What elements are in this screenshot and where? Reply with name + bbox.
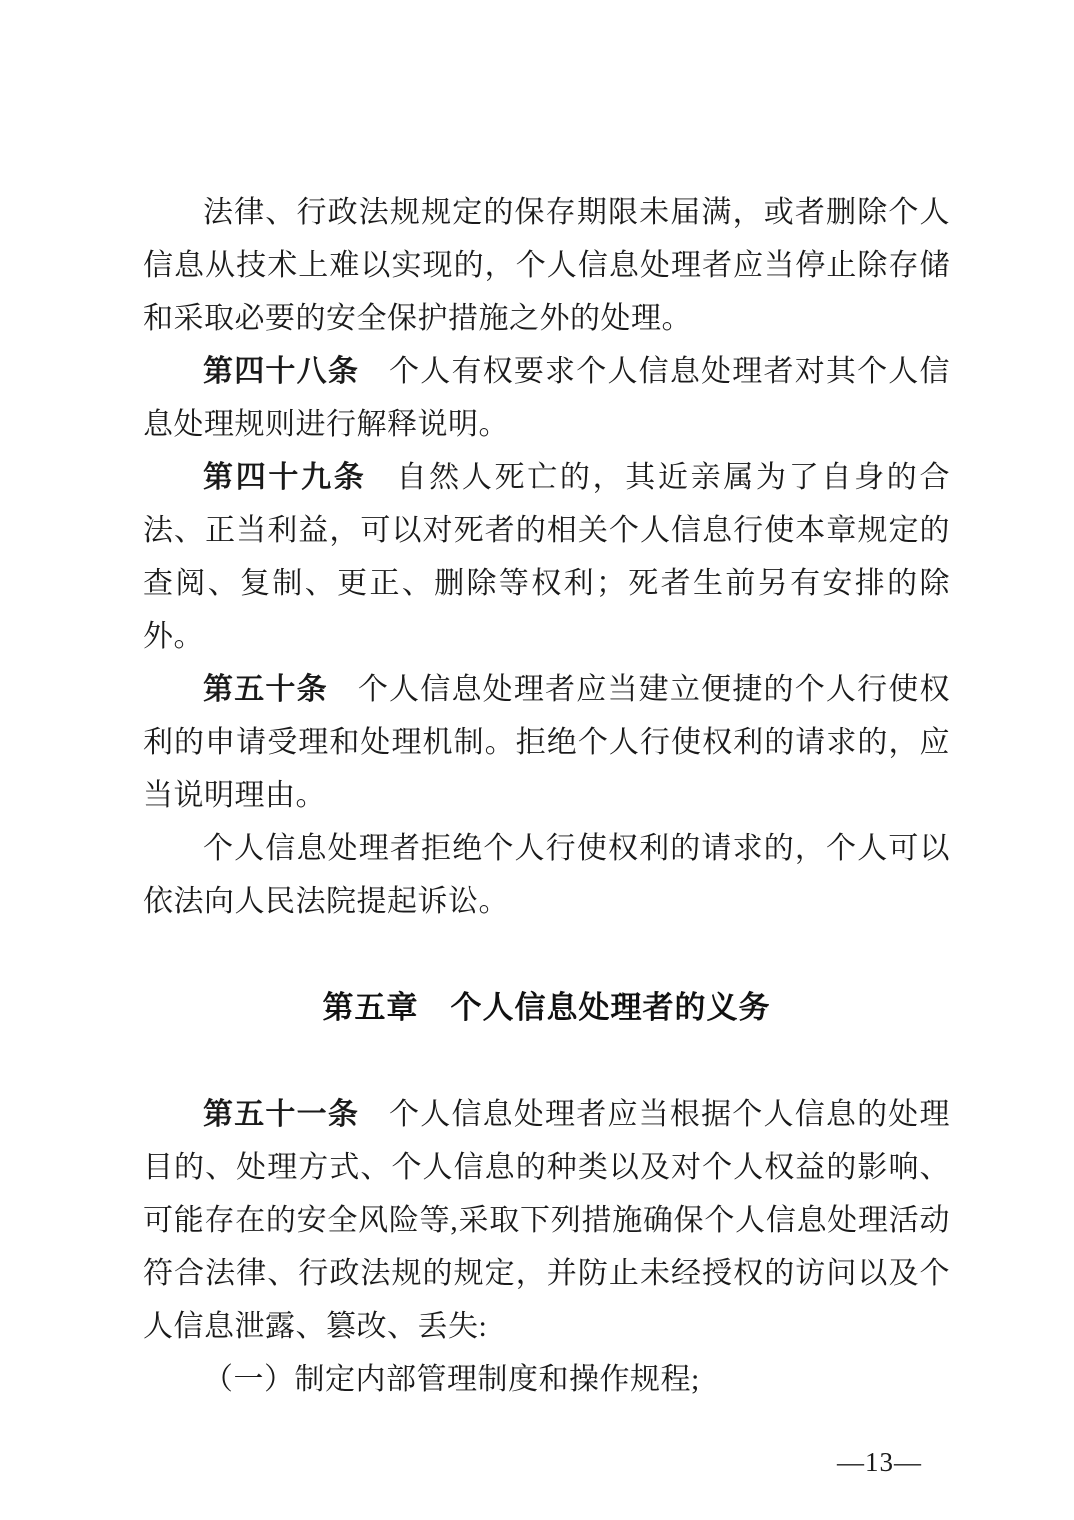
document-page: 法律、行政法规规定的保存期限未届满，或者删除个人信息从技术上难以实现的，个人信息… (0, 0, 1074, 1520)
paragraph: 第四十八条个人有权要求个人信息处理者对其个人信息处理规则进行解释说明。 (143, 345, 950, 451)
document-body: 法律、行政法规规定的保存期限未届满，或者删除个人信息从技术上难以实现的，个人信息… (143, 186, 950, 1406)
paragraph: 第五十一条个人信息处理者应当根据个人信息的处理目的、处理方式、个人信息的种类以及… (143, 1088, 950, 1353)
chapter-heading: 第五章 个人信息处理者的义务 (143, 981, 950, 1035)
article-number: 第五十条 (203, 673, 328, 706)
article-number: 第四十八条 (203, 355, 359, 388)
paragraph: 法律、行政法规规定的保存期限未届满，或者删除个人信息从技术上难以实现的，个人信息… (143, 186, 950, 345)
paragraph-text: 个人信息处理者拒绝个人行使权利的请求的，个人可以依法向人民法院提起诉讼。 (143, 832, 950, 918)
paragraph-text: （一）制定内部管理制度和操作规程; (203, 1363, 700, 1396)
article-number: 第四十九条 (203, 461, 366, 494)
paragraph-text: 个人信息处理者应当根据个人信息的处理目的、处理方式、个人信息的种类以及对个人权益… (143, 1098, 950, 1343)
paragraph: 第四十九条自然人死亡的，其近亲属为了自身的合法、正当利益，可以对死者的相关个人信… (143, 451, 950, 663)
paragraph-text: 法律、行政法规规定的保存期限未届满，或者删除个人信息从技术上难以实现的，个人信息… (143, 196, 950, 335)
paragraph: 第五十条个人信息处理者应当建立便捷的个人行使权利的申请受理和处理机制。拒绝个人行… (143, 663, 950, 822)
article-number: 第五十一条 (203, 1098, 359, 1131)
paragraph: （一）制定内部管理制度和操作规程; (143, 1353, 950, 1406)
page-number: —13— (837, 1446, 922, 1478)
paragraph: 个人信息处理者拒绝个人行使权利的请求的，个人可以依法向人民法院提起诉讼。 (143, 822, 950, 928)
